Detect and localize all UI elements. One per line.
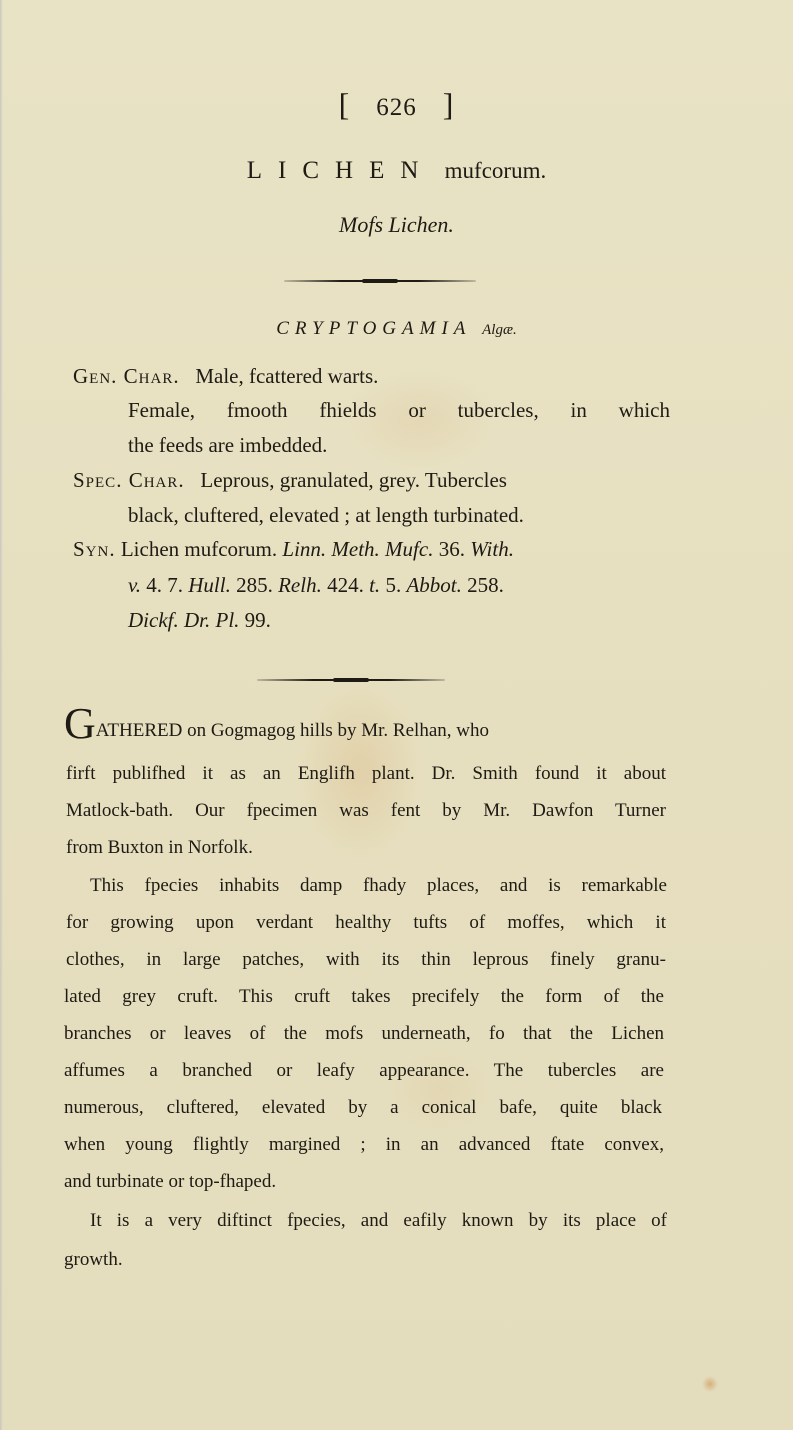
drop-cap: G — [64, 699, 96, 748]
species-title: LICHEN mufcorum. — [0, 157, 793, 185]
synonym-line-1: Syn. Lichen mufcorum. Linn. Meth. Mufc. … — [73, 537, 514, 562]
paragraph-2-line-5: branches or leaves of the mofs underneat… — [64, 1023, 664, 1045]
paragraph-2-line-4: lated grey cruft. This cruft takes preci… — [64, 986, 664, 1008]
spec-char-line-1: Spec. Char. Leprous, granulated, grey. T… — [73, 468, 507, 493]
gen-char-label: Gen. Char. — [73, 364, 180, 388]
gen-char-line-2: Female, fmooth fhields or tubercles, in … — [128, 398, 670, 423]
bracket-close: ] — [443, 86, 455, 122]
paragraph-2-line-1: This fpecies inhabits damp fhady places,… — [90, 875, 667, 897]
order-name: Algæ. — [482, 322, 517, 338]
synonym-line-3: Dickf. Dr. Pl. 99. — [128, 608, 271, 633]
species-epithet: mufcorum. — [445, 158, 547, 183]
paragraph-1-line-1: GATHERED on Gogmagog hills by Mr. Relhan… — [64, 702, 489, 746]
paragraph-3-line-1: It is a very diftinct fpecies, and eafil… — [90, 1210, 667, 1232]
paragraph-2-line-2: for growing upon verdant healthy tufts o… — [66, 912, 666, 934]
first-word: ATHERED — [96, 720, 183, 741]
synonym-line-2: v. 4. 7. Hull. 285. Relh. 424. t. 5. Abb… — [128, 573, 504, 598]
paragraph-2-line-7: numerous, cluftered, elevated by a conic… — [64, 1097, 662, 1119]
ornamental-rule — [284, 280, 476, 282]
paragraph-1-line-3: Matlock-bath. Our fpecimen was fent by M… — [66, 800, 666, 822]
classification: CRYPTOGAMIA Algæ. — [0, 318, 793, 340]
paragraph-1-line-4: from Buxton in Norfolk. — [66, 837, 253, 859]
page-number-value: 626 — [376, 94, 417, 121]
paragraph-2-line-9: and turbinate or top-fhaped. — [64, 1171, 276, 1193]
page-number: [626] — [0, 86, 793, 123]
spec-char-line-2: black, cluftered, elevated ; at length t… — [128, 503, 524, 528]
paragraph-2-line-3: clothes, in large patches, with its thin… — [66, 949, 666, 971]
bracket-open: [ — [339, 86, 351, 122]
gen-char-line-3: the feeds are imbedded. — [128, 433, 327, 458]
paragraph-2-line-8: when young flightly margined ; in an adv… — [64, 1134, 664, 1156]
gen-char-line-1: Gen. Char. Male, fcattered warts. — [73, 364, 378, 389]
paragraph-1-line-2: firft publifhed it as an Englifh plant. … — [66, 763, 666, 785]
spec-char-label: Spec. Char. — [73, 468, 185, 492]
common-name: Mofs Lichen. — [0, 212, 793, 238]
synonym-label: Syn. — [73, 537, 116, 561]
ornamental-rule — [257, 679, 445, 681]
paragraph-3-line-2: growth. — [64, 1249, 123, 1271]
paragraph-2-line-6: affumes a branched or leafy appearance. … — [64, 1060, 664, 1082]
class-name: CRYPTOGAMIA — [276, 318, 471, 339]
genus-name: LICHEN — [247, 157, 435, 184]
book-page: [626] LICHEN mufcorum. Mofs Lichen. CRYP… — [0, 0, 793, 1430]
